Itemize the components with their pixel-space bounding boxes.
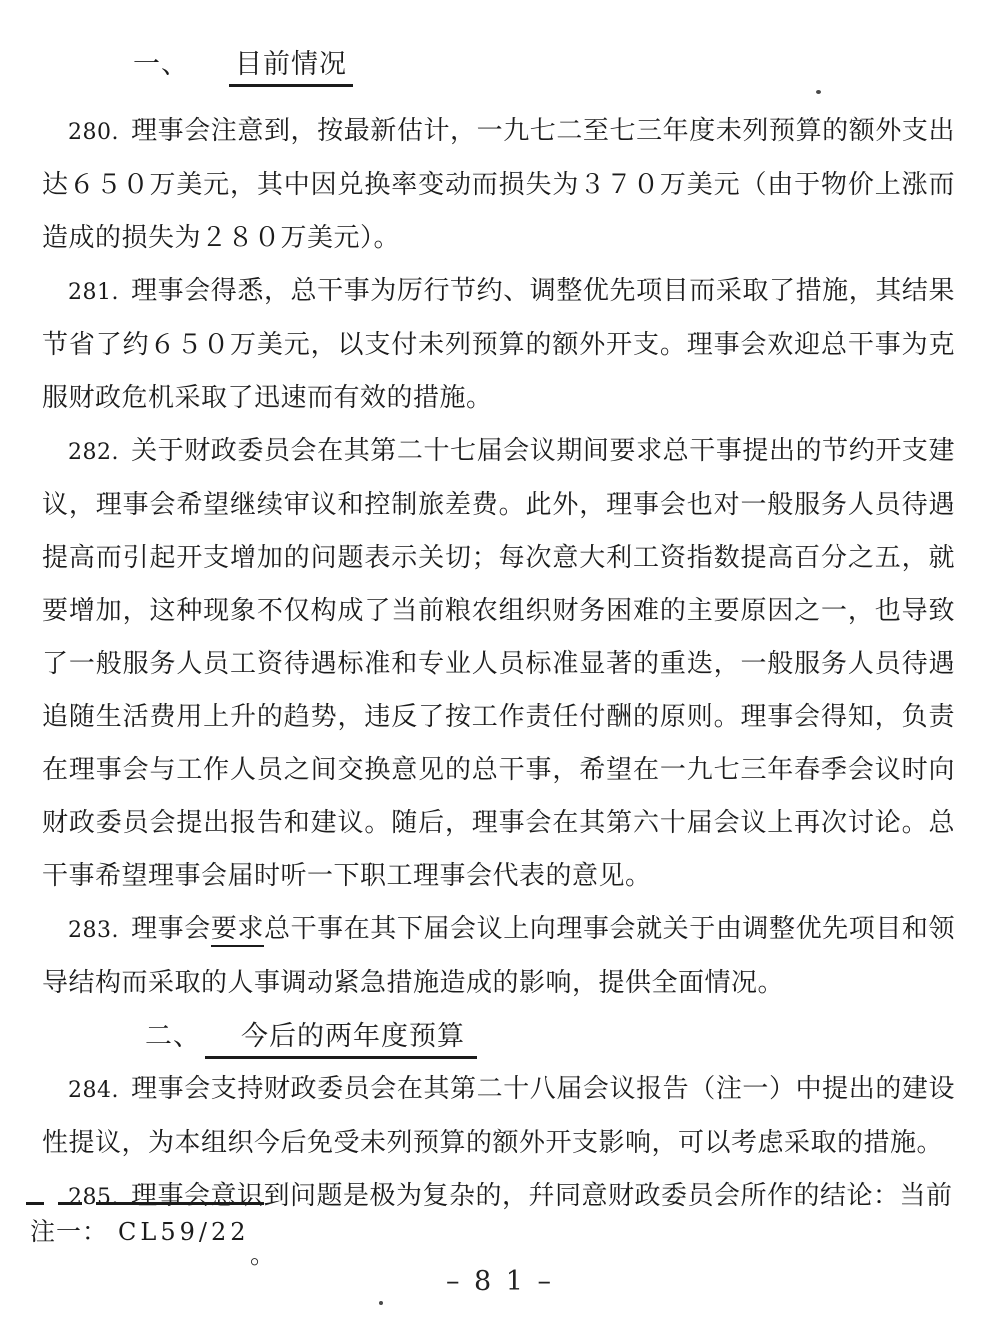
document-body: 一、目前情况 280.理事会注意到，按最新估计，一九七二至七三年度未列预算的额外… bbox=[42, 38, 955, 1224]
footnote-separator bbox=[26, 1202, 264, 1205]
scan-speck bbox=[379, 1301, 383, 1305]
paragraph-285-text: 理事会意识到问题是极为复杂的，幷同意财政委员会所作的结论：当前 bbox=[131, 1181, 953, 1211]
paragraph-280-text: 理事会注意到，按最新估计，一九七二至七三年度未列预算的额外支出达６５０万美元，其… bbox=[42, 116, 955, 253]
section-1-title: 目前情况 bbox=[229, 49, 353, 87]
paragraph-284-number: 284. bbox=[68, 1078, 119, 1103]
footnote-reference: CL59/22 bbox=[118, 1218, 249, 1246]
paragraph-282-number: 282. bbox=[68, 440, 119, 465]
section-heading-2: 二、今后的两年度预算 bbox=[42, 1010, 955, 1063]
separator-rule bbox=[96, 1202, 264, 1205]
paragraph-280-number: 280. bbox=[68, 120, 119, 145]
paragraph-283: 283.理事会要求总干事在其下届会议上向理事会就关于由调整优先项目和领导结构而采… bbox=[42, 903, 955, 1010]
paragraph-283-underlined-word: 要求 bbox=[211, 914, 264, 947]
section-heading-1: 一、目前情况 bbox=[42, 38, 955, 91]
paragraph-281: 281.理事会得悉，总干事为厉行节约、调整优先项目而采取了措施，其结果节省了约６… bbox=[42, 265, 955, 425]
page-number: – 8 1 – bbox=[0, 1266, 1000, 1297]
paragraph-281-number: 281. bbox=[68, 280, 119, 305]
paragraph-282-text: 关于财政委员会在其第二十七届会议期间要求总干事提出的节约开支建议，理事会希望继续… bbox=[42, 436, 955, 891]
paragraph-285-number: 285. bbox=[68, 1185, 119, 1210]
scan-speck bbox=[816, 90, 821, 94]
section-2-numeral: 二、 bbox=[145, 1021, 201, 1052]
footnote: 注一：CL59/22 bbox=[30, 1212, 249, 1252]
paragraph-281-text: 理事会得悉，总干事为厉行节约、调整优先项目而采取了措施，其结果节省了约６５０万美… bbox=[42, 276, 955, 413]
paragraph-283-number: 283. bbox=[68, 918, 119, 943]
section-2-title: 今后的两年度预算 bbox=[205, 1021, 477, 1059]
separator-dash-1 bbox=[26, 1202, 44, 1205]
paragraph-284-text: 理事会支持财政委员会在其第二十八届会议报告（注一）中提出的建设性提议，为本组织今… bbox=[42, 1074, 955, 1158]
paragraph-284: 284.理事会支持财政委员会在其第二十八届会议报告（注一）中提出的建设性提议，为… bbox=[42, 1063, 955, 1170]
footnote-label: 注一： bbox=[30, 1217, 108, 1246]
paragraph-282: 282.关于财政委员会在其第二十七届会议期间要求总干事提出的节约开支建议，理事会… bbox=[42, 425, 955, 903]
section-1-numeral: 一、 bbox=[133, 49, 189, 80]
separator-dash-2 bbox=[58, 1202, 82, 1205]
scanned-document-page: 一、目前情况 280.理事会注意到，按最新估计，一九七二至七三年度未列预算的额外… bbox=[0, 0, 1000, 1344]
paragraph-280: 280.理事会注意到，按最新估计，一九七二至七三年度未列预算的额外支出达６５０万… bbox=[42, 105, 955, 265]
paragraph-283-text-pre: 理事会 bbox=[131, 914, 211, 944]
